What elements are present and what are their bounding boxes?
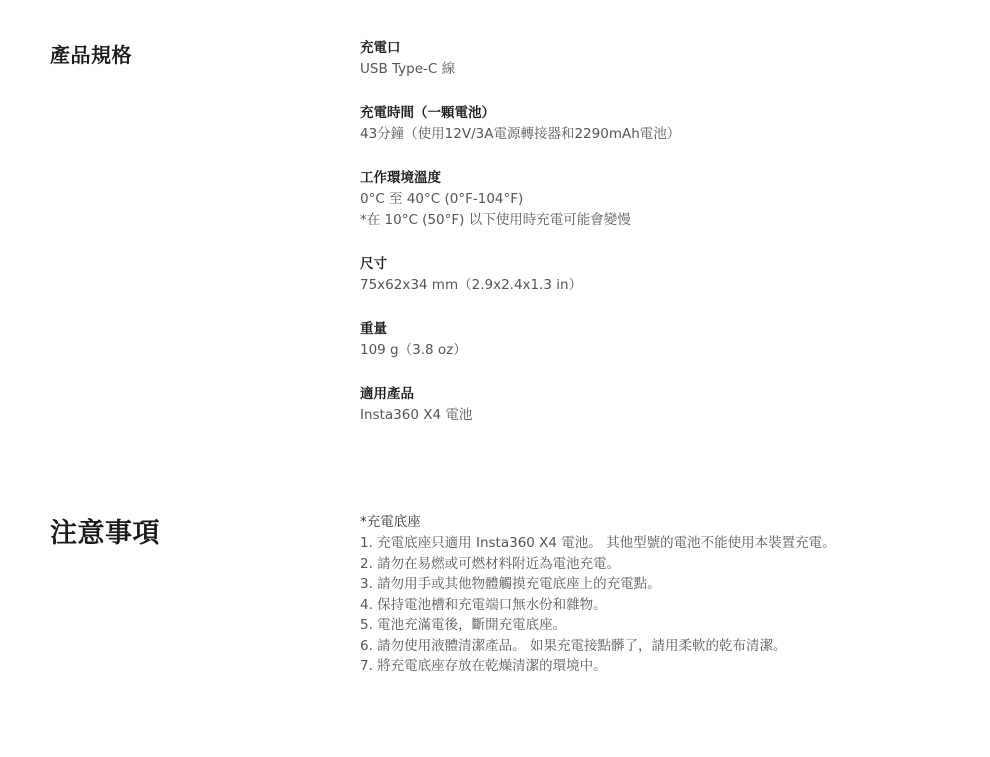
notes-section-title: 注意事項 [50, 511, 160, 550]
spec-label: 充電時間（一顆電池） [360, 103, 960, 124]
spec-compatible-products: 適用產品 Insta360 X4 電池 [360, 384, 960, 426]
specs-list: 充電口 USB Type-C 線 充電時間（一顆電池） 43分鐘（使用12V/3… [360, 38, 960, 449]
spec-label: 工作環境溫度 [360, 168, 960, 189]
note-item: 2. 請勿在易燃或可燃材料附近為電池充電。 [360, 554, 980, 575]
spec-value: Insta360 X4 電池 [360, 405, 960, 426]
spec-dimensions: 尺寸 75x62x34 mm（2.9x2.4x1.3 in） [360, 254, 960, 296]
notes-list: 1. 充電底座只適用 Insta360 X4 電池。 其他型號的電池不能使用本裝… [360, 533, 980, 677]
notes-heading: *充電底座 [360, 512, 980, 533]
spec-weight: 重量 109 g（3.8 oz） [360, 319, 960, 361]
spec-label: 重量 [360, 319, 960, 340]
notes-content: *充電底座 1. 充電底座只適用 Insta360 X4 電池。 其他型號的電池… [360, 512, 980, 677]
spec-charging-port: 充電口 USB Type-C 線 [360, 38, 960, 80]
note-item: 7. 將充電底座存放在乾燥清潔的環境中。 [360, 656, 980, 677]
note-item: 1. 充電底座只適用 Insta360 X4 電池。 其他型號的電池不能使用本裝… [360, 533, 980, 554]
specs-section-title: 產品規格 [50, 39, 132, 68]
spec-value: 43分鐘（使用12V/3A電源轉接器和2290mAh電池） [360, 124, 960, 145]
note-item: 4. 保持電池槽和充電端口無水份和雜物。 [360, 595, 980, 616]
spec-charging-time: 充電時間（一顆電池） 43分鐘（使用12V/3A電源轉接器和2290mAh電池） [360, 103, 960, 145]
spec-value: 75x62x34 mm（2.9x2.4x1.3 in） [360, 275, 960, 296]
spec-operating-temperature: 工作環境溫度 0°C 至 40°C (0°F-104°F) *在 10°C (5… [360, 168, 960, 231]
spec-label: 適用產品 [360, 384, 960, 405]
spec-value: 109 g（3.8 oz） [360, 340, 960, 361]
note-item: 5. 電池充滿電後，斷開充電底座。 [360, 615, 980, 636]
spec-value: 0°C 至 40°C (0°F-104°F) [360, 189, 960, 210]
spec-label: 尺寸 [360, 254, 960, 275]
spec-value: USB Type-C 線 [360, 59, 960, 80]
spec-value-note: *在 10°C (50°F) 以下使用時充電可能會變慢 [360, 210, 960, 231]
note-item: 3. 請勿用手或其他物體觸摸充電底座上的充電點。 [360, 574, 980, 595]
note-item: 6. 請勿使用液體清潔產品。 如果充電接點髒了，請用柔軟的乾布清潔。 [360, 636, 980, 657]
spec-label: 充電口 [360, 38, 960, 59]
